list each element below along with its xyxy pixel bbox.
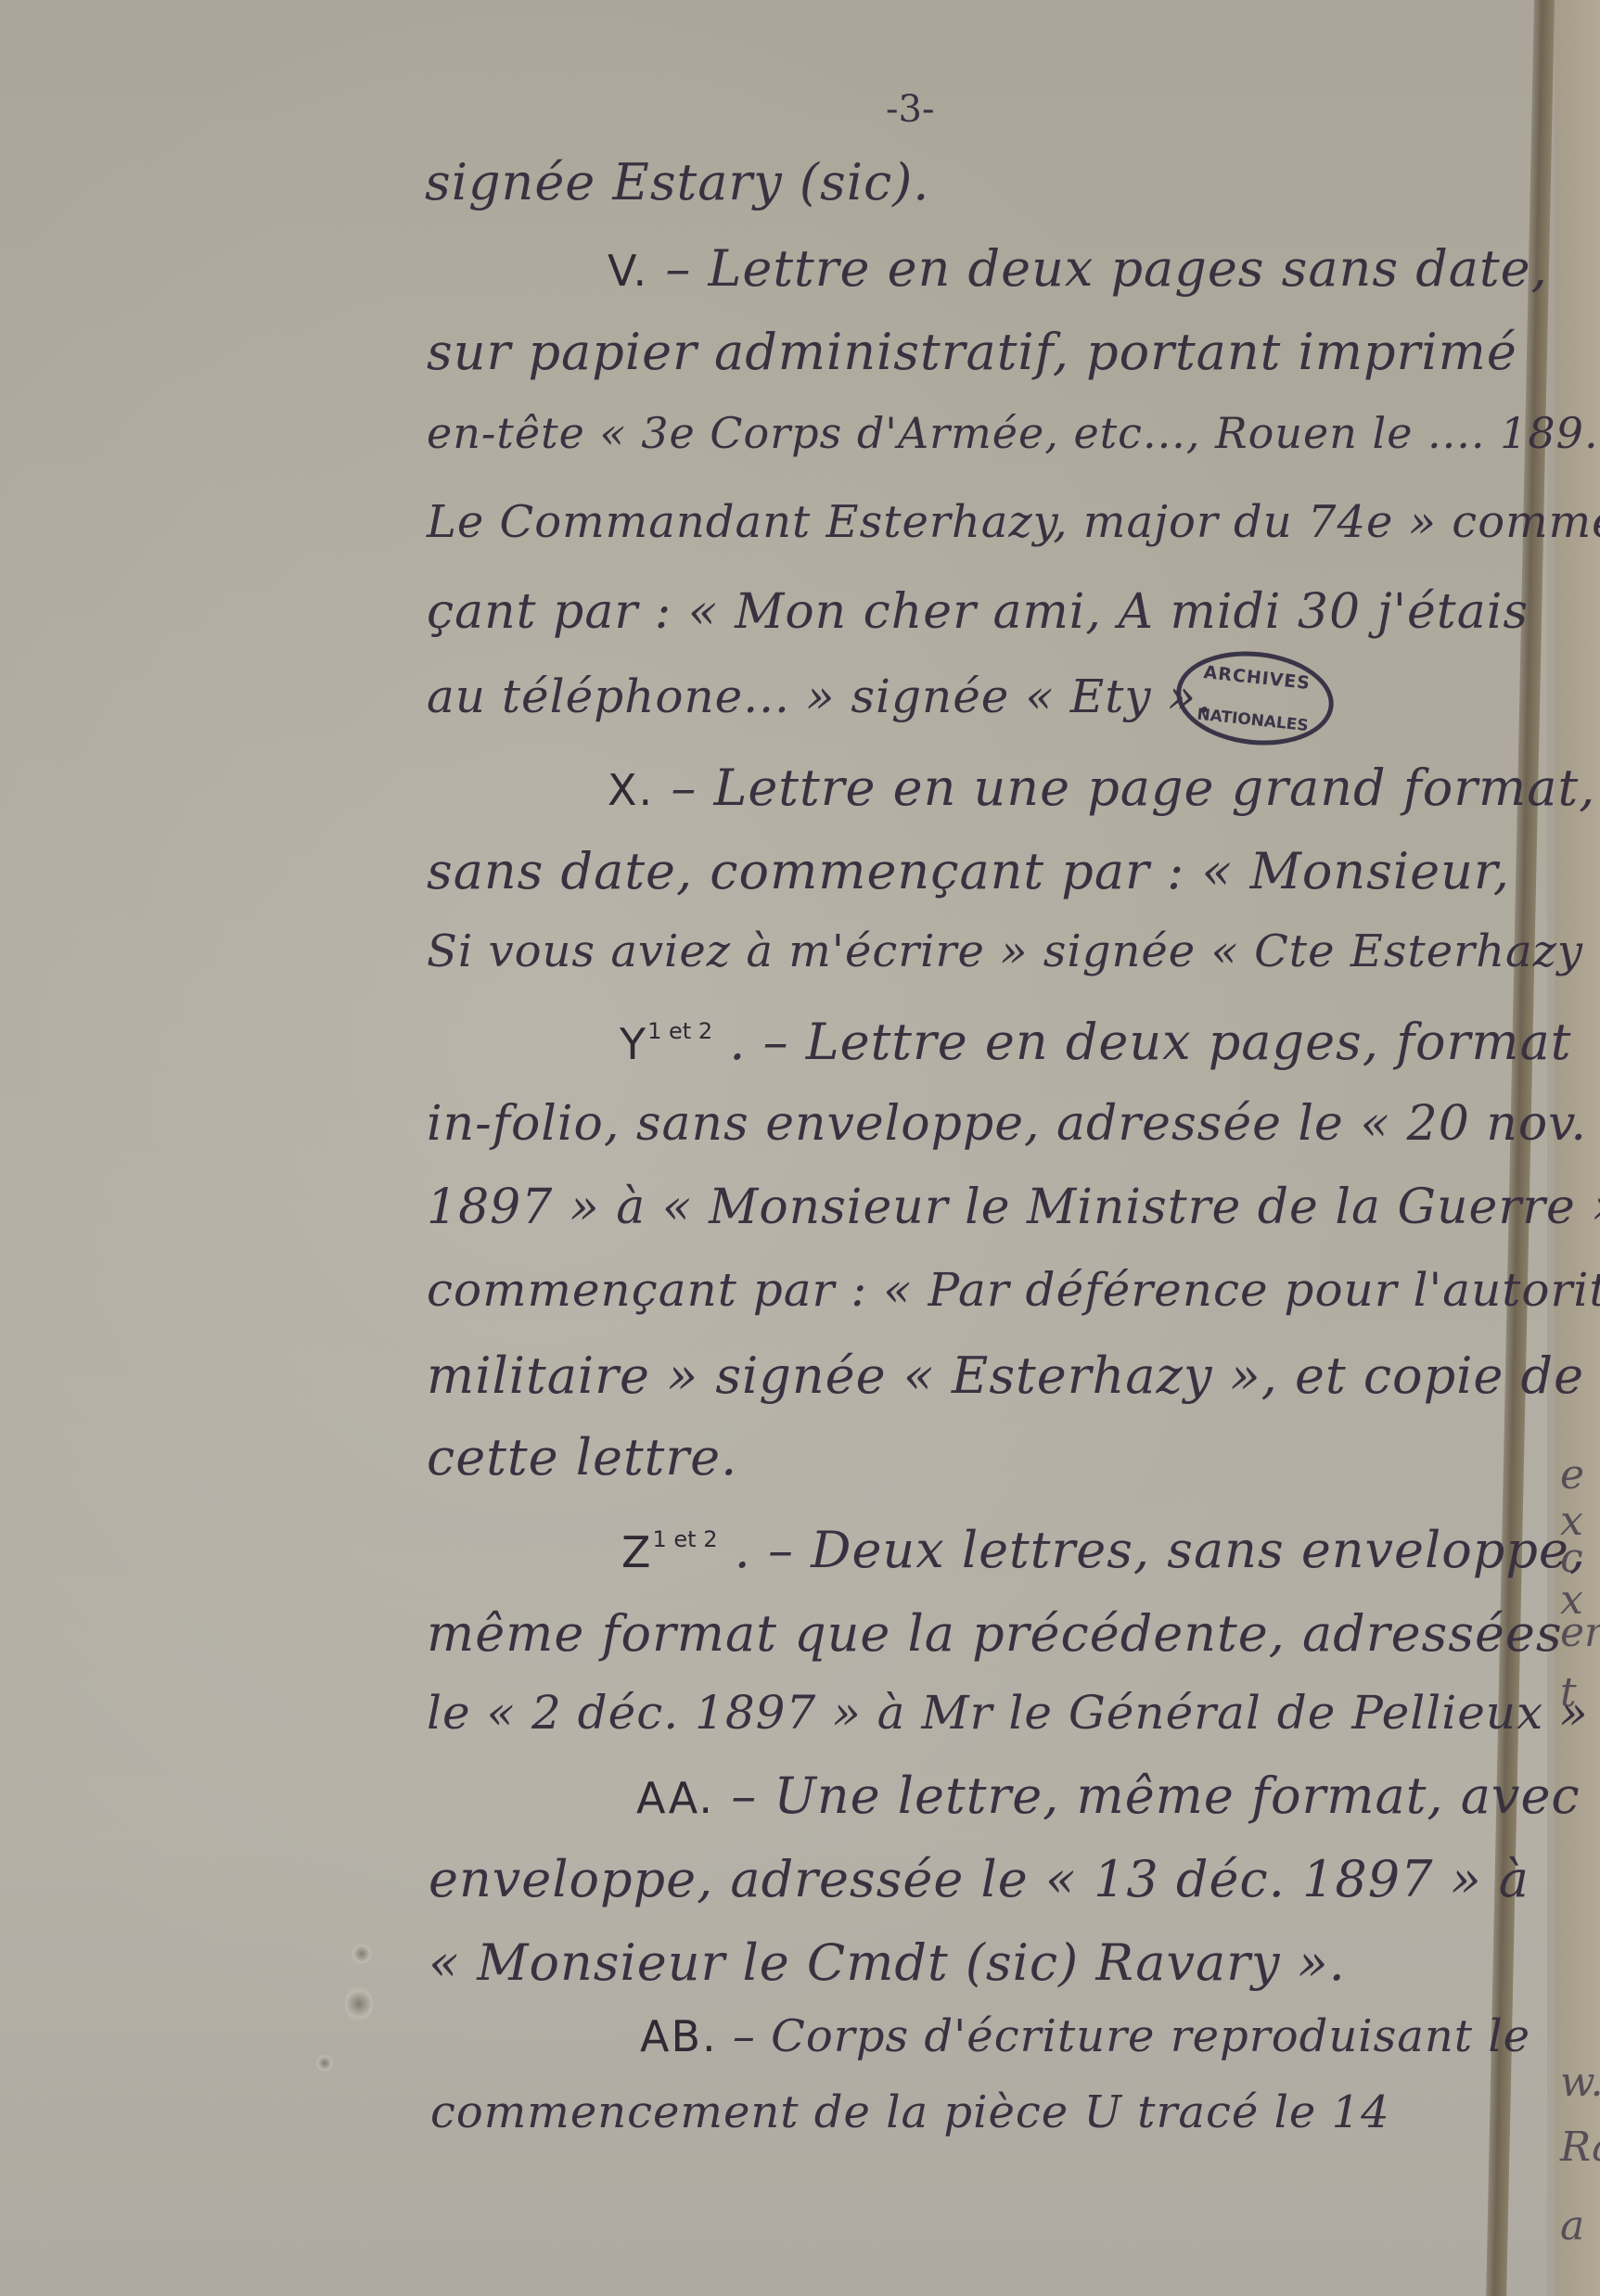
line-text: cette lettre. xyxy=(427,1428,737,1486)
page-number: -3- xyxy=(886,88,934,131)
line-text: enveloppe, adressée le « 13 déc. 1897 » … xyxy=(429,1850,1530,1908)
manuscript-line: 1897 » à « Monsieur le Ministre de la Gu… xyxy=(427,1180,1600,1235)
manuscript-line: « Monsieur le Cmdt (sic) Ravary ». xyxy=(429,1933,1346,1992)
line-text: çant par : « Mon cher ami, A midi 30 j'é… xyxy=(427,584,1529,640)
manuscript-line: sur papier administratif, portant imprim… xyxy=(427,323,1517,381)
line-text: – Lettre en une page grand format, xyxy=(671,759,1595,817)
item-label: V. xyxy=(608,246,648,296)
manuscript-line: signée Estary (sic). xyxy=(425,153,929,211)
item-label: Z1 et 2 xyxy=(621,1527,718,1577)
manuscript-line: Le Commandant Esterhazy, major du 74e » … xyxy=(427,496,1600,548)
manuscript-line: Si vous aviez à m'écrire » signée « Cte … xyxy=(427,925,1600,977)
line-text: Si vous aviez à m'écrire » signée « Cte … xyxy=(427,925,1600,977)
line-text: sans date, commençant par : « Monsieur, xyxy=(427,842,1510,900)
line-text: en-tête « 3e Corps d'Armée, etc..., Roue… xyxy=(427,408,1600,458)
line-text: sur papier administratif, portant imprim… xyxy=(427,323,1517,381)
line-text: – Corps d'écriture reproduisant le xyxy=(733,2010,1530,2062)
manuscript-line: sans date, commençant par : « Monsieur, xyxy=(427,842,1510,900)
item-label: AA. xyxy=(636,1773,714,1823)
item-label: Y1 et 2 xyxy=(620,1019,712,1069)
line-text: – Une lettre, même format, avec xyxy=(731,1767,1580,1825)
item-label: X. xyxy=(608,765,654,815)
line-text: in-folio, sans enveloppe, adressée le « … xyxy=(427,1096,1587,1152)
manuscript-line: le « 2 déc. 1897 » à Mr le Général de Pe… xyxy=(427,1686,1589,1740)
adjacent-page-fragment: a xyxy=(1560,2202,1584,2250)
manuscript-line-item-aa: AA. – Une lettre, même format, avec xyxy=(636,1767,1581,1825)
line-text: . – Lettre en deux pages, format xyxy=(729,1013,1571,1071)
line-text: au téléphone... » signée « Ety ». xyxy=(427,670,1212,723)
manuscript-line: cette lettre. xyxy=(427,1428,737,1486)
manuscript-line: même format que la précédente, adressées xyxy=(427,1604,1563,1663)
stamp-top-text: ARCHIVES xyxy=(1183,660,1332,696)
manuscript-text: -3- signée Estary (sic). V. – Lettre en … xyxy=(0,0,1540,2296)
line-text: commençant par : « Par déférence pour l'… xyxy=(427,1263,1600,1317)
line-text: même format que la précédente, adressées xyxy=(427,1604,1563,1663)
line-text: commencement de la pièce U tracé le 14 xyxy=(430,2086,1390,2138)
manuscript-line-item-y: Y1 et 2 . – Lettre en deux pages, format xyxy=(620,1013,1571,1071)
manuscript-line: çant par : « Mon cher ami, A midi 30 j'é… xyxy=(427,584,1529,640)
manuscript-line-item-ab: AB. – Corps d'écriture reproduisant le xyxy=(640,2010,1530,2062)
manuscript-line-item-x: X. – Lettre en une page grand format, xyxy=(608,759,1595,817)
manuscript-line: militaire » signée « Esterhazy », et cop… xyxy=(427,1346,1584,1405)
manuscript-line: commencement de la pièce U tracé le 14 xyxy=(430,2086,1390,2138)
manuscript-line: in-folio, sans enveloppe, adressée le « … xyxy=(427,1096,1587,1152)
manuscript-line: enveloppe, adressée le « 13 déc. 1897 » … xyxy=(429,1850,1530,1908)
adjacent-page-fragment: e xyxy=(1560,1451,1584,1499)
line-text: « Monsieur le Cmdt (sic) Ravary ». xyxy=(429,1933,1346,1992)
line-text: Le Commandant Esterhazy, major du 74e » … xyxy=(427,496,1600,548)
manuscript-line-item-z: Z1 et 2 . – Deux lettres, sans enveloppe… xyxy=(621,1521,1586,1579)
item-label: AB. xyxy=(640,2011,718,2061)
manuscript-line: commençant par : « Par déférence pour l'… xyxy=(427,1263,1600,1317)
stamp-bottom-text: NATIONALES xyxy=(1178,704,1327,738)
adjacent-page-fragment: er xyxy=(1560,1609,1600,1656)
archives-nationales-stamp: ARCHIVES NATIONALES xyxy=(1171,644,1338,752)
line-text: 1897 » à « Monsieur le Ministre de la Gu… xyxy=(427,1180,1600,1235)
manuscript-line-item-v: V. – Lettre en deux pages sans date, xyxy=(608,239,1548,298)
line-text: – Lettre en deux pages sans date, xyxy=(665,239,1547,298)
line-text: . – Deux lettres, sans enveloppe, xyxy=(735,1521,1586,1579)
manuscript-line: en-tête « 3e Corps d'Armée, etc..., Roue… xyxy=(427,408,1600,458)
line-text: militaire » signée « Esterhazy », et cop… xyxy=(427,1346,1584,1405)
line-text: signée Estary (sic). xyxy=(425,153,929,211)
adjacent-page-fragment: Ra xyxy=(1560,2124,1600,2171)
manuscript-line: au téléphone... » signée « Ety ». xyxy=(427,670,1212,723)
line-text: le « 2 déc. 1897 » à Mr le Général de Pe… xyxy=(427,1686,1589,1740)
adjacent-page-fragment: w. xyxy=(1560,2059,1600,2106)
